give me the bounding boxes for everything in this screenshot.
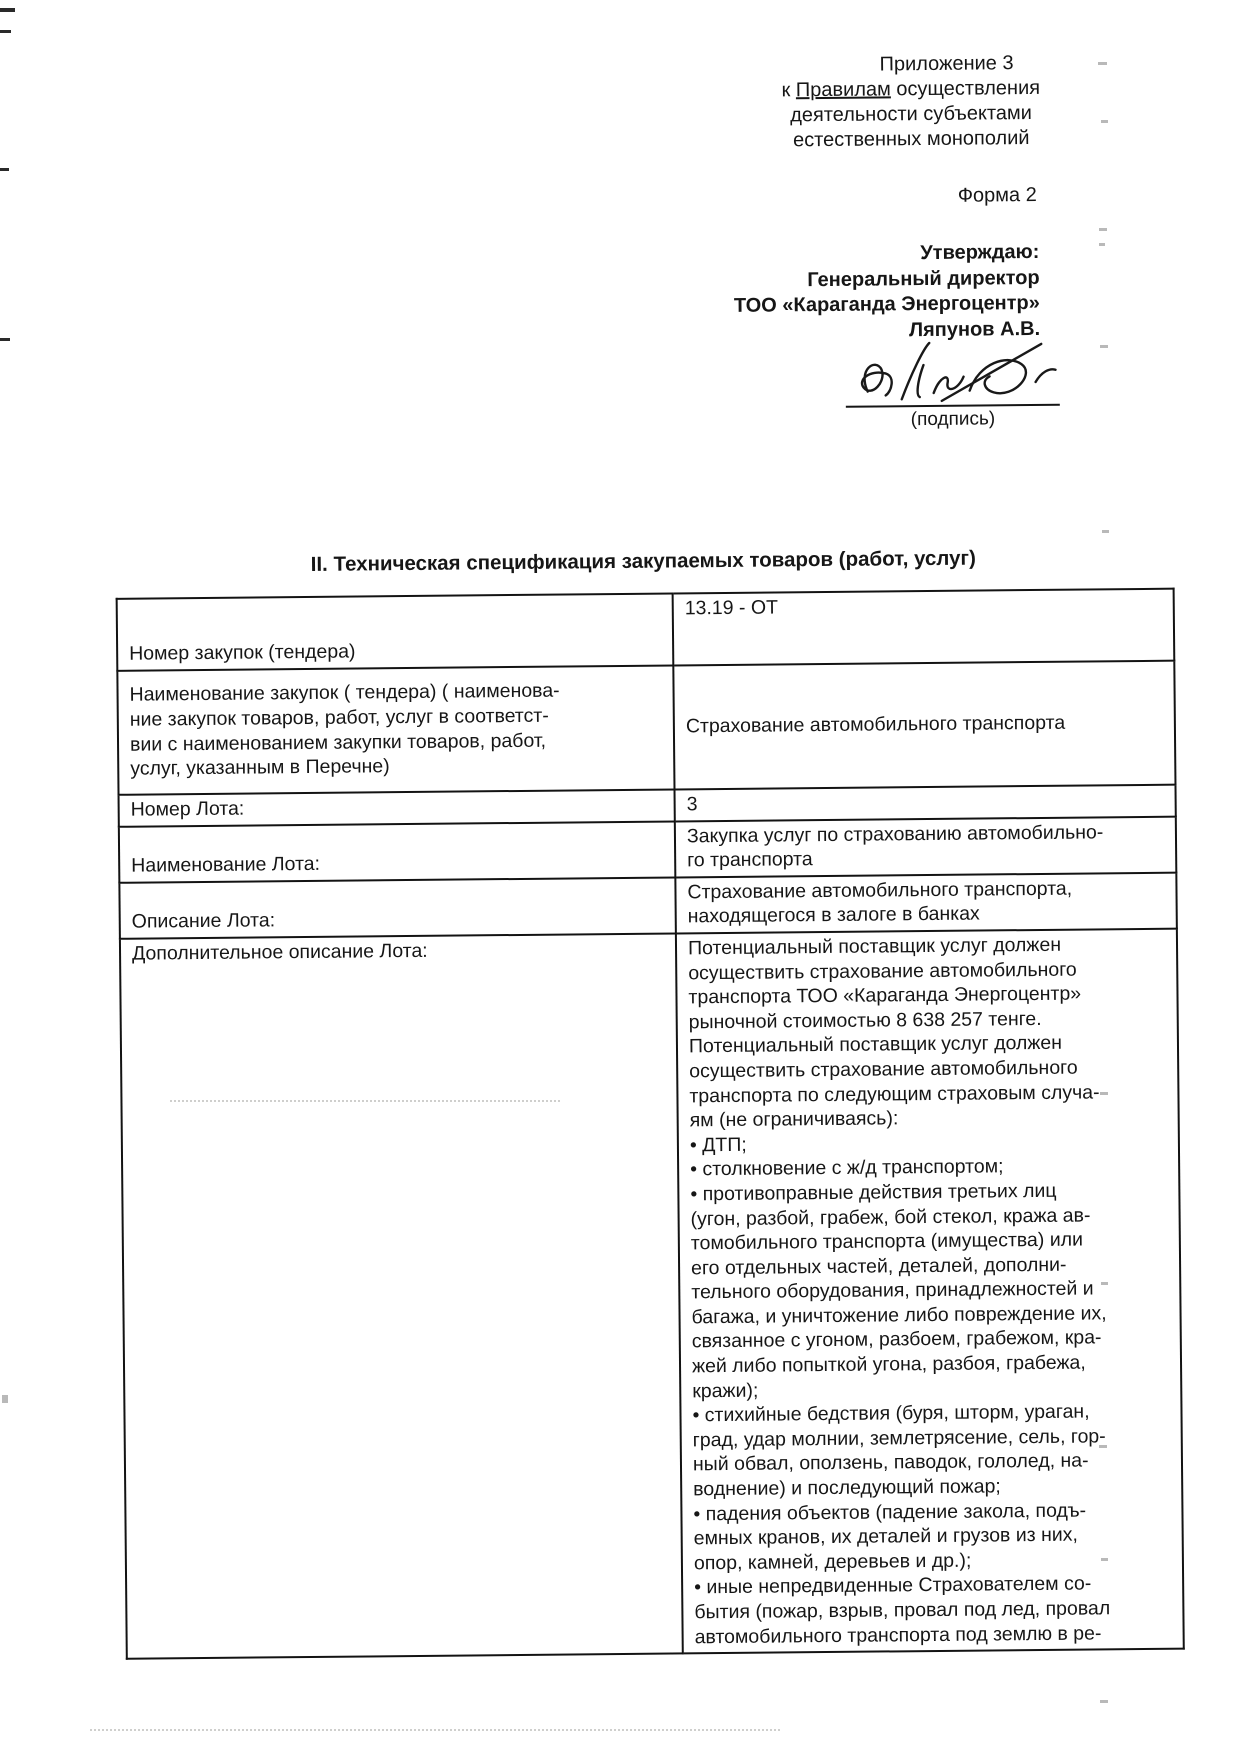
scan-artifact (1100, 345, 1108, 348)
scan-artifact (1098, 62, 1107, 65)
scan-artifact (1100, 1092, 1108, 1095)
annex-note: Приложение 3 к Правилам осуществления де… (750, 51, 1071, 154)
annex-line: деятельности субъектами (751, 101, 1071, 129)
annex-line: Приложение 3 (786, 50, 1106, 78)
scan-artifact (1102, 530, 1109, 533)
scanned-document-page: Приложение 3 к Правилам осуществления де… (0, 0, 1240, 1754)
row-label: Номер закупок (тендера) (117, 593, 674, 670)
scan-artifact (1100, 1700, 1108, 1703)
scan-artifact (1101, 1282, 1108, 1285)
scan-artifact (0, 338, 10, 341)
row-label: Наименование Лота: (119, 821, 676, 883)
row-value: 13.19 - ОТ (673, 589, 1175, 666)
scan-artifact (1101, 120, 1108, 123)
section-title: II. Техническая спецификация закупаемых … (23, 544, 1240, 580)
table-row-lot-description: Описание Лота: Страхование автомобильног… (119, 872, 1176, 938)
table-row-tender-name: Наименование закупок ( тендера) ( наимен… (117, 661, 1175, 795)
scan-artifact (1099, 1445, 1107, 1448)
scan-artifact (1101, 1558, 1108, 1561)
scan-artifact (90, 1729, 780, 1731)
scan-artifact (2, 1395, 8, 1403)
scan-artifact (0, 168, 9, 171)
scan-artifact (0, 8, 15, 12)
rules-underlined-text: Правилам (796, 78, 891, 101)
table-row-lot-additional-description: Дополнительное описание Лота: Потенциаль… (120, 929, 1184, 1659)
approval-block: Утверждаю: Генеральный директор ТОО «Кар… (592, 240, 1040, 346)
row-label: Дополнительное описание Лота: (120, 933, 683, 1659)
spec-table: Номер закупок (тендера) 13.19 - ОТ Наиме… (116, 588, 1185, 1660)
form-number-label: Форма 2 (752, 184, 1037, 210)
annex-line: естественных монополий (751, 126, 1071, 154)
document-sheet: Приложение 3 к Правилам осуществления де… (0, 0, 1240, 1754)
scan-artifact (0, 30, 11, 33)
signature-scribble (845, 338, 1060, 406)
approval-title: Утверждаю: (592, 240, 1039, 270)
table-row-tender-number: Номер закупок (тендера) 13.19 - ОТ (117, 589, 1175, 671)
row-value: Закупка услуг по страхованию автомобильн… (675, 816, 1177, 877)
row-value: Страхование автомобильного транспорта (673, 661, 1175, 790)
row-label: Наименование закупок ( тендера) ( наимен… (117, 665, 674, 794)
row-value: 3 (675, 785, 1176, 821)
signature-line (845, 338, 1060, 408)
row-label: Описание Лота: (119, 877, 676, 939)
annex-line: к Правилам осуществления (751, 76, 1071, 104)
table-row-lot-name: Наименование Лота: Закупка услуг по стра… (119, 816, 1176, 882)
approver-company: ТОО «Караганда Энергоцентр» (593, 291, 1040, 321)
scan-artifact (170, 1100, 560, 1102)
signature-caption: (подпись) (846, 408, 1060, 432)
row-value: Страхование автомобильного транспорта, н… (675, 872, 1177, 933)
scan-artifact (1099, 243, 1105, 246)
scan-artifact (1099, 228, 1107, 231)
row-value: Потенциальный поставщик услуг должен осу… (676, 929, 1184, 1654)
row-label: Номер Лота: (119, 789, 675, 826)
